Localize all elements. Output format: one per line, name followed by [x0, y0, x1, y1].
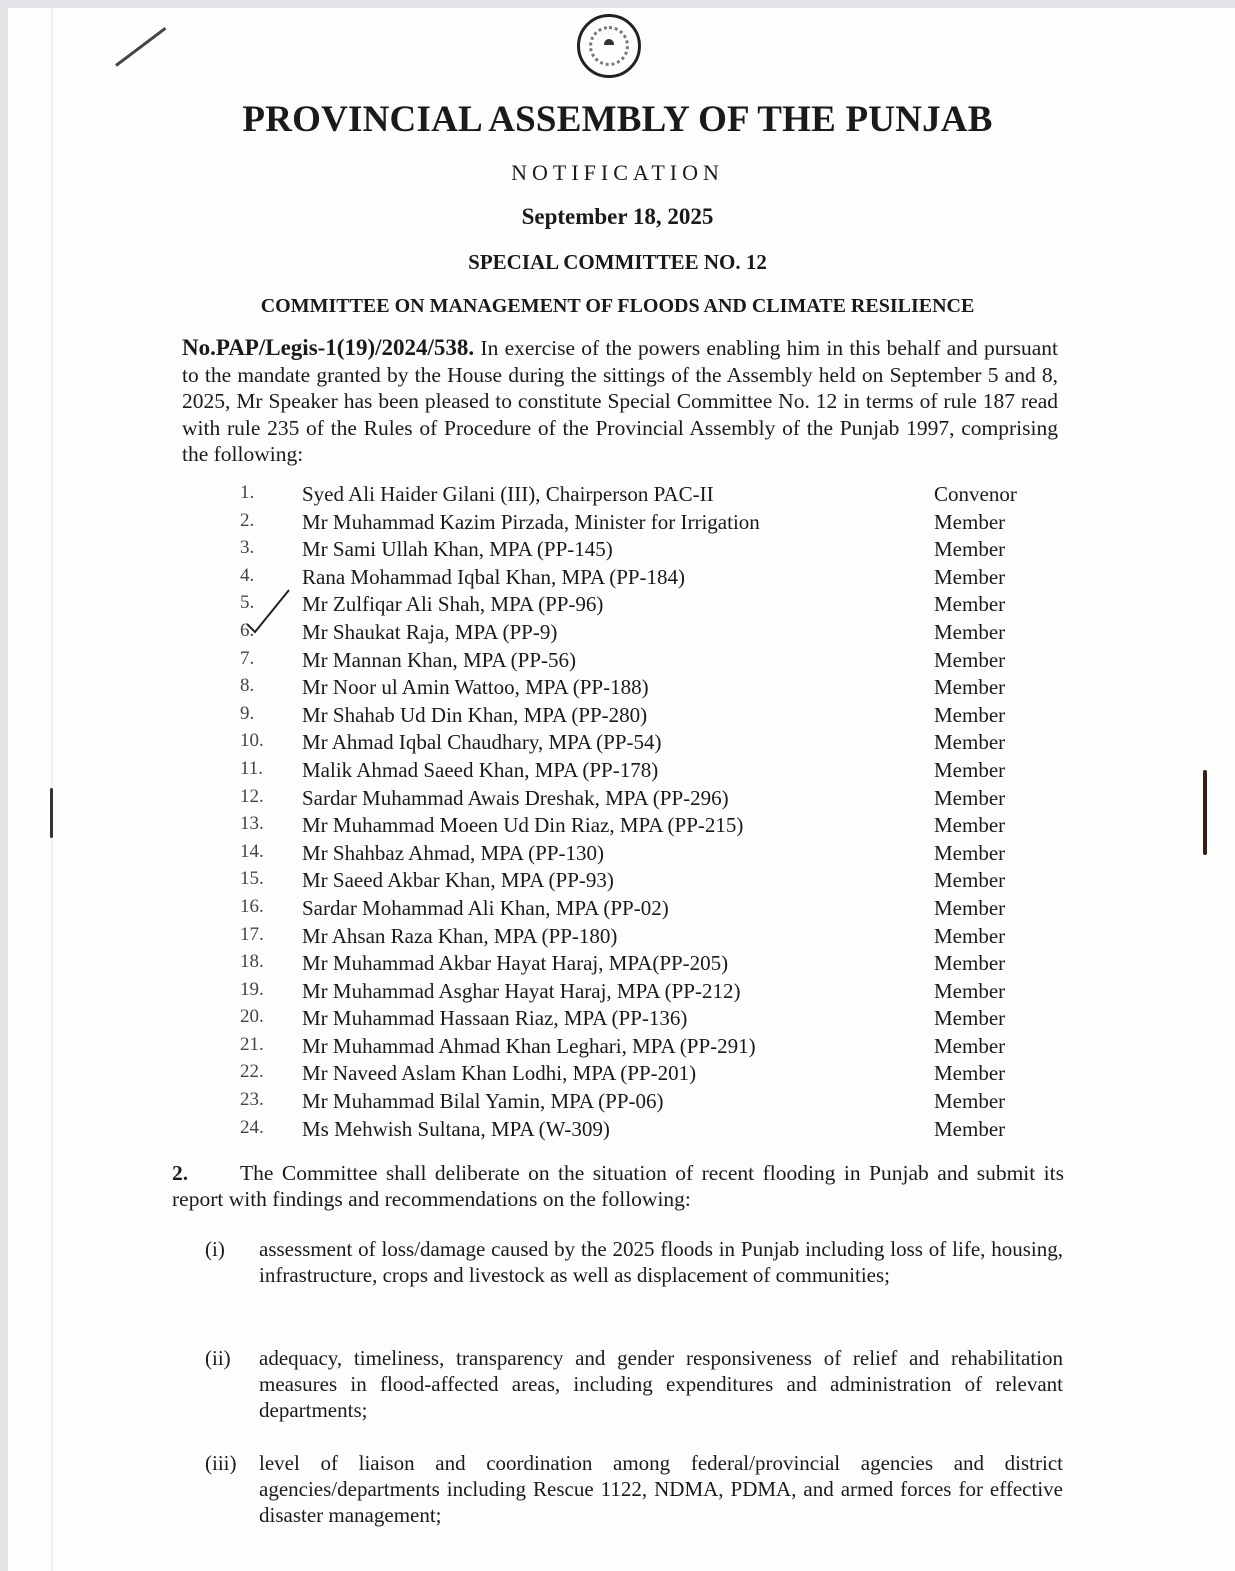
terms-item: (i) assessment of loss/damage caused by …	[205, 1236, 1063, 1288]
member-row: 16.Sardar Mohammad Ali Khan, MPA (PP-02)…	[240, 896, 1100, 924]
member-name: Mr Shaukat Raja, MPA (PP-9)	[302, 620, 557, 645]
member-role: Member	[934, 1117, 1005, 1142]
member-role: Member	[934, 703, 1005, 728]
member-number: 10.	[240, 730, 280, 752]
member-row: 7.Mr Mannan Khan, MPA (PP-56)Member	[240, 648, 1100, 676]
member-name: Malik Ahmad Saeed Khan, MPA (PP-178)	[302, 758, 658, 783]
section-text: The Committee shall deliberate on the si…	[172, 1161, 1064, 1211]
member-row: 24.Ms Mehwish Sultana, MPA (W-309)Member	[240, 1117, 1100, 1145]
member-row: 17.Mr Ahsan Raza Khan, MPA (PP-180)Membe…	[240, 924, 1100, 952]
document-type: NOTIFICATION	[0, 160, 1235, 186]
member-row: 13.Mr Muhammad Moeen Ud Din Riaz, MPA (P…	[240, 813, 1100, 841]
item-number: (iii)	[205, 1450, 237, 1476]
item-text: level of liaison and coordination among …	[259, 1450, 1063, 1528]
members-list: 1.Syed Ali Haider Gilani (III), Chairper…	[240, 482, 1100, 1144]
member-role: Member	[934, 896, 1005, 921]
member-row: 14.Mr Shahbaz Ahmad, MPA (PP-130)Member	[240, 841, 1100, 869]
member-number: 15.	[240, 868, 280, 890]
member-name: Rana Mohammad Iqbal Khan, MPA (PP-184)	[302, 565, 685, 590]
member-number: 22.	[240, 1061, 280, 1083]
member-number: 17.	[240, 924, 280, 946]
member-role: Member	[934, 620, 1005, 645]
seal-center	[604, 39, 614, 45]
committee-number: SPECIAL COMMITTEE NO. 12	[0, 250, 1235, 275]
member-number: 18.	[240, 951, 280, 973]
member-role: Member	[934, 979, 1005, 1004]
member-number: 9.	[240, 703, 280, 725]
member-role: Member	[934, 951, 1005, 976]
member-number: 21.	[240, 1034, 280, 1056]
member-name: Mr Ahmad Iqbal Chaudhary, MPA (PP-54)	[302, 730, 662, 755]
item-text: adequacy, timeliness, transparency and g…	[259, 1345, 1063, 1423]
member-number: 1.	[240, 482, 280, 504]
member-number: 3.	[240, 537, 280, 559]
item-number: (ii)	[205, 1345, 231, 1371]
member-name: Sardar Muhammad Awais Dreshak, MPA (PP-2…	[302, 786, 729, 811]
member-role: Member	[934, 1006, 1005, 1031]
member-role: Member	[934, 1061, 1005, 1086]
member-name: Mr Zulfiqar Ali Shah, MPA (PP-96)	[302, 592, 603, 617]
member-row: 18.Mr Muhammad Akbar Hayat Haraj, MPA(PP…	[240, 951, 1100, 979]
member-number: 7.	[240, 648, 280, 670]
member-number: 16.	[240, 896, 280, 918]
member-name: Mr Saeed Akbar Khan, MPA (PP-93)	[302, 868, 614, 893]
member-number: 4.	[240, 565, 280, 587]
edge-mark	[1203, 770, 1207, 855]
member-name: Mr Sami Ullah Khan, MPA (PP-145)	[302, 537, 613, 562]
section-2-paragraph: 2.The Committee shall deliberate on the …	[172, 1160, 1064, 1212]
member-name: Mr Naveed Aslam Khan Lodhi, MPA (PP-201)	[302, 1061, 696, 1086]
member-row: 12.Sardar Muhammad Awais Dreshak, MPA (P…	[240, 786, 1100, 814]
notification-date: September 18, 2025	[0, 204, 1235, 230]
member-role: Member	[934, 537, 1005, 562]
member-role: Member	[934, 924, 1005, 949]
member-role: Member	[934, 565, 1005, 590]
section-number: 2.	[172, 1160, 240, 1186]
handwritten-tick-icon	[245, 588, 291, 634]
member-role: Member	[934, 730, 1005, 755]
member-name: Mr Muhammad Bilal Yamin, MPA (PP-06)	[302, 1089, 664, 1114]
member-row: 2.Mr Muhammad Kazim Pirzada, Minister fo…	[240, 510, 1100, 538]
member-role: Member	[934, 648, 1005, 673]
item-number: (i)	[205, 1236, 225, 1262]
page-title: PROVINCIAL ASSEMBLY OF THE PUNJAB	[0, 98, 1235, 141]
member-role: Member	[934, 592, 1005, 617]
member-role: Member	[934, 675, 1005, 700]
member-name: Mr Muhammad Hassaan Riaz, MPA (PP-136)	[302, 1006, 687, 1031]
member-name: Mr Shahbaz Ahmad, MPA (PP-130)	[302, 841, 604, 866]
member-row: 11.Malik Ahmad Saeed Khan, MPA (PP-178)M…	[240, 758, 1100, 786]
member-row: 1.Syed Ali Haider Gilani (III), Chairper…	[240, 482, 1100, 510]
member-row: 10.Mr Ahmad Iqbal Chaudhary, MPA (PP-54)…	[240, 730, 1100, 758]
member-role: Member	[934, 786, 1005, 811]
member-row: 3.Mr Sami Ullah Khan, MPA (PP-145)Member	[240, 537, 1100, 565]
member-row: 15.Mr Saeed Akbar Khan, MPA (PP-93)Membe…	[240, 868, 1100, 896]
member-role: Member	[934, 758, 1005, 783]
member-row: 21.Mr Muhammad Ahmad Khan Leghari, MPA (…	[240, 1034, 1100, 1062]
member-name: Mr Noor ul Amin Wattoo, MPA (PP-188)	[302, 675, 649, 700]
member-name: Mr Muhammad Ahmad Khan Leghari, MPA (PP-…	[302, 1034, 756, 1059]
member-name: Sardar Mohammad Ali Khan, MPA (PP-02)	[302, 896, 669, 921]
committee-name: COMMITTEE ON MANAGEMENT OF FLOODS AND CL…	[0, 295, 1235, 318]
item-text: assessment of loss/damage caused by the …	[259, 1236, 1063, 1288]
member-name: Syed Ali Haider Gilani (III), Chairperso…	[302, 482, 714, 507]
member-number: 13.	[240, 813, 280, 835]
member-name: Mr Muhammad Akbar Hayat Haraj, MPA(PP-20…	[302, 951, 728, 976]
reference-number: No.PAP/Legis-1(19)/2024/538.	[182, 335, 474, 360]
member-row: 19.Mr Muhammad Asghar Hayat Haraj, MPA (…	[240, 979, 1100, 1007]
member-role: Member	[934, 841, 1005, 866]
member-row: 6.Mr Shaukat Raja, MPA (PP-9)Member	[240, 620, 1100, 648]
member-number: 2.	[240, 510, 280, 532]
member-row: 22.Mr Naveed Aslam Khan Lodhi, MPA (PP-2…	[240, 1061, 1100, 1089]
terms-item: (iii) level of liaison and coordination …	[205, 1450, 1063, 1528]
member-name: Mr Muhammad Moeen Ud Din Riaz, MPA (PP-2…	[302, 813, 743, 838]
member-number: 20.	[240, 1006, 280, 1028]
member-role: Member	[934, 813, 1005, 838]
member-number: 23.	[240, 1089, 280, 1111]
member-name: Mr Muhammad Asghar Hayat Haraj, MPA (PP-…	[302, 979, 740, 1004]
member-role: Member	[934, 510, 1005, 535]
member-number: 24.	[240, 1117, 280, 1139]
member-number: 8.	[240, 675, 280, 697]
member-row: 20.Mr Muhammad Hassaan Riaz, MPA (PP-136…	[240, 1006, 1100, 1034]
member-name: Mr Mannan Khan, MPA (PP-56)	[302, 648, 576, 673]
member-row: 5.Mr Zulfiqar Ali Shah, MPA (PP-96)Membe…	[240, 592, 1100, 620]
terms-item: (ii) adequacy, timeliness, transparency …	[205, 1345, 1063, 1423]
assembly-seal-icon	[577, 14, 641, 78]
member-name: Mr Shahab Ud Din Khan, MPA (PP-280)	[302, 703, 647, 728]
seal-ring	[589, 26, 629, 66]
member-name: Mr Ahsan Raza Khan, MPA (PP-180)	[302, 924, 617, 949]
member-row: 8.Mr Noor ul Amin Wattoo, MPA (PP-188)Me…	[240, 675, 1100, 703]
member-number: 11.	[240, 758, 280, 780]
member-row: 23.Mr Muhammad Bilal Yamin, MPA (PP-06)M…	[240, 1089, 1100, 1117]
member-number: 12.	[240, 786, 280, 808]
member-role: Member	[934, 1034, 1005, 1059]
member-name: Mr Muhammad Kazim Pirzada, Minister for …	[302, 510, 760, 535]
member-row: 4.Rana Mohammad Iqbal Khan, MPA (PP-184)…	[240, 565, 1100, 593]
member-name: Ms Mehwish Sultana, MPA (W-309)	[302, 1117, 610, 1142]
intro-paragraph: No.PAP/Legis-1(19)/2024/538. In exercise…	[182, 335, 1058, 468]
member-role: Member	[934, 1089, 1005, 1114]
member-number: 14.	[240, 841, 280, 863]
member-role: Convenor	[934, 482, 1017, 507]
member-number: 19.	[240, 979, 280, 1001]
member-role: Member	[934, 868, 1005, 893]
member-row: 9.Mr Shahab Ud Din Khan, MPA (PP-280)Mem…	[240, 703, 1100, 731]
edge-mark	[50, 788, 53, 838]
